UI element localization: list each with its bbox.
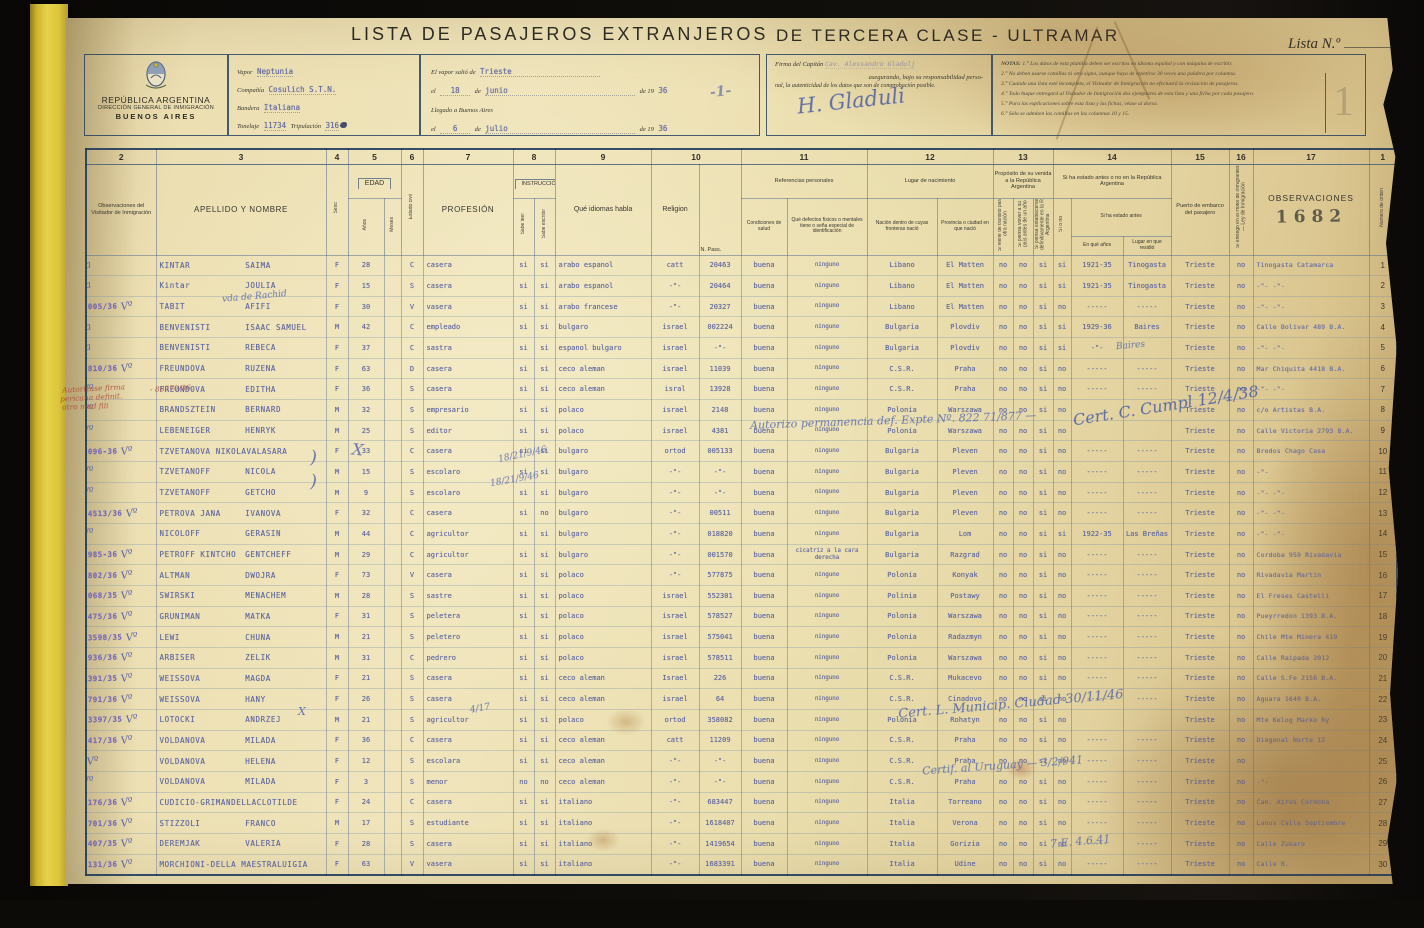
- cell-sabe-leer: si: [513, 586, 534, 607]
- cell-defectos: ninguno: [787, 792, 867, 813]
- cell-n-pass: 1618407: [699, 813, 741, 834]
- margin-stamp: 73407/35: [86, 839, 117, 849]
- cell-n-pass: 002224: [699, 317, 741, 338]
- cell-nacion: Polonia: [867, 420, 937, 441]
- el-label: el: [431, 88, 436, 95]
- cell-visitador: 73802/36Vº: [86, 565, 156, 586]
- cell-estado-civil: S: [401, 813, 423, 834]
- apellido: VOLDANOVA: [160, 736, 246, 745]
- firma-label: Firma del Capitán: [775, 61, 823, 68]
- cell-si-o-no: no: [1053, 813, 1071, 834]
- cell-nacion: C.S.R.: [867, 771, 937, 792]
- cell-puerto: Trieste: [1171, 524, 1229, 545]
- table-row: 71391/35VºWEISSOVAMAGDAF21Scaserasisicec…: [86, 668, 1397, 689]
- cell-sabe-escribir: si: [534, 606, 555, 627]
- cell-salud: buena: [741, 503, 787, 524]
- cell-sabe-escribir: si: [534, 276, 555, 297]
- cell-idiomas: arabo espanol: [555, 276, 651, 297]
- cell-en-anios: -----: [1071, 813, 1123, 834]
- cell-n-pass: -"-: [699, 338, 741, 359]
- cell-lugar-residio: [1123, 709, 1171, 730]
- cell-lugar-residio: -----: [1123, 379, 1171, 400]
- cell-defectos: ninguno: [787, 420, 867, 441]
- cell-transito: no: [993, 358, 1013, 379]
- cell-estado-civil: S: [401, 379, 423, 400]
- cell-salud: buena: [741, 400, 787, 421]
- nota-6: 6.° Sólo se admiten las comillas en las …: [1001, 109, 1321, 119]
- cell-num: 25: [1369, 751, 1397, 772]
- cell-profesion: empresario: [423, 400, 513, 421]
- cell-volver: no: [1013, 668, 1033, 689]
- cell-entrego: no: [1229, 771, 1253, 792]
- cell-apellido-nombre: VOLDANOVAMILADA: [156, 730, 326, 751]
- bandera-label: Bandera: [237, 105, 259, 112]
- cell-n-pass: -"-: [699, 771, 741, 792]
- cell-puerto: Trieste: [1171, 565, 1229, 586]
- cell-nacion: Polonia: [867, 709, 937, 730]
- cell-nacion: C.S.R.: [867, 730, 937, 751]
- agency-direction: DIRECCIÓN GENERAL DE INMIGRACIÓN: [85, 105, 227, 111]
- header-visitador: Observaciones del Visitador de Inmigraci…: [86, 164, 156, 255]
- cell-religion: -"-: [651, 544, 699, 565]
- cell-volver: no: [1013, 647, 1033, 668]
- cell-salud: buena: [741, 606, 787, 627]
- nombre: GERASIN: [245, 529, 281, 538]
- table-row: laKINTARSAIMAF28Ccaserasisiarabo espanol…: [86, 255, 1397, 276]
- bandera-value: Italiana: [264, 103, 300, 113]
- cell-provincia: Warszawa: [937, 647, 993, 668]
- cell-transito: no: [993, 379, 1013, 400]
- cell-transito: no: [993, 647, 1013, 668]
- cell-defectos: ninguno: [787, 771, 867, 792]
- cell-idiomas: italiano: [555, 792, 651, 813]
- cell-en-anios: -----: [1071, 586, 1123, 607]
- cell-en-anios: -----: [1071, 462, 1123, 483]
- cell-volver: no: [1013, 338, 1033, 359]
- cell-observaciones: -"- -"-: [1253, 379, 1369, 400]
- cell-religion: -"-: [651, 771, 699, 792]
- cell-visitador: 78810/36Vº: [86, 358, 156, 379]
- cell-nacion: C.S.R.: [867, 668, 937, 689]
- cell-visitador: Vº: [86, 771, 156, 792]
- cell-sexo: M: [326, 709, 348, 730]
- corner-number: 1: [1326, 73, 1361, 131]
- cell-visitador: 73407/35Vº: [86, 833, 156, 854]
- cell-volver: no: [1013, 751, 1033, 772]
- cell-estado-civil: V: [401, 854, 423, 875]
- cell-transito: no: [993, 441, 1013, 462]
- cell-nacion: Bulgaria: [867, 317, 937, 338]
- ship-info-box: Vapor Neptunia Compañía Cosulich S.T.N. …: [228, 54, 420, 136]
- cell-transito: no: [993, 586, 1013, 607]
- cell-sabe-escribir: si: [534, 296, 555, 317]
- cell-idiomas: polaco: [555, 400, 651, 421]
- cell-defectos: ninguno: [787, 854, 867, 875]
- cell-si-o-no: no: [1053, 462, 1071, 483]
- cell-provincia: Warszawa: [937, 606, 993, 627]
- cell-profesion: agricultor: [423, 524, 513, 545]
- cell-idiomas: polaco: [555, 565, 651, 586]
- cell-transito: no: [993, 833, 1013, 854]
- cell-nacion: Polonia: [867, 647, 937, 668]
- cell-religion: israel: [651, 400, 699, 421]
- cell-si-o-no: si: [1053, 338, 1071, 359]
- apellido: VOLDANOVA: [160, 757, 246, 766]
- col-num-15: 15: [1171, 149, 1229, 164]
- cell-anios: 28: [348, 255, 384, 276]
- nombre: SAIMA: [245, 261, 271, 270]
- cell-lugar-residio: -----: [1123, 771, 1171, 792]
- cell-lugar-residio: -----: [1123, 730, 1171, 751]
- cell-sabe-escribir: si: [534, 586, 555, 607]
- apellido: VOLDANOVA: [160, 777, 246, 786]
- cell-anios: 15: [348, 276, 384, 297]
- cell-salud: buena: [741, 751, 787, 772]
- cell-puerto: Trieste: [1171, 544, 1229, 565]
- cell-idiomas: polaco: [555, 586, 651, 607]
- cell-sabe-leer: si: [513, 276, 534, 297]
- cell-puerto: Trieste: [1171, 296, 1229, 317]
- nombre: EDITHA: [245, 385, 276, 394]
- cell-puerto: Trieste: [1171, 255, 1229, 276]
- cell-puerto: Trieste: [1171, 276, 1229, 297]
- margin-stamp: 75475/36: [86, 612, 117, 622]
- agency-name: REPÚBLICA ARGENTINA: [85, 95, 227, 105]
- cell-n-pass: 20327: [699, 296, 741, 317]
- table-row: VºNICOLOFFGERASINM44Cagricultorsisibulga…: [86, 524, 1397, 545]
- cell-profesion: menor: [423, 771, 513, 792]
- cell-salud: buena: [741, 668, 787, 689]
- col-num-3: 3: [156, 149, 326, 164]
- cell-salud: buena: [741, 420, 787, 441]
- cell-entrego: no: [1229, 524, 1253, 545]
- cell-religion: ortod: [651, 709, 699, 730]
- cell-apellido-nombre: MORCHIONI-DELLA MAESTRALUIGIA: [156, 854, 326, 875]
- cell-profesion: sastra: [423, 338, 513, 359]
- cell-idiomas: ceco aleman: [555, 689, 651, 710]
- cell-volver: no: [1013, 709, 1033, 730]
- cell-observaciones: Bredos Chago Casa: [1253, 441, 1369, 462]
- nombre: FRANCO: [245, 819, 276, 828]
- cell-puerto: Trieste: [1171, 503, 1229, 524]
- cell-observaciones: -"- -"-: [1253, 524, 1369, 545]
- captain-line2: asegurando, bajo su responsabilidad pers…: [775, 74, 983, 81]
- cell-religion: israel: [651, 338, 699, 359]
- cell-entrego: no: [1229, 730, 1253, 751]
- visitador-check-mark: Vº: [86, 755, 100, 768]
- llegada-label: Llegado a Buenos Aires: [431, 107, 493, 114]
- tripulacion-value: 316: [325, 121, 339, 131]
- cell-estado-civil: C: [401, 338, 423, 359]
- cell-salud: buena: [741, 255, 787, 276]
- page-subtitle: DE TERCERA CLASE - ULTRAMAR: [776, 26, 1120, 46]
- cell-sexo: F: [326, 751, 348, 772]
- nombre: LASARA: [257, 447, 288, 456]
- cell-sexo: F: [326, 730, 348, 751]
- cell-si-o-no: no: [1053, 400, 1071, 421]
- cell-sexo: F: [326, 565, 348, 586]
- cell-establecerse: si: [1033, 854, 1053, 875]
- cell-anios: 31: [348, 647, 384, 668]
- cell-provincia: Razgrad: [937, 544, 993, 565]
- cell-n-pass: 00511: [699, 503, 741, 524]
- cell-lugar-residio: [1123, 338, 1171, 359]
- cell-visitador: Vº: [86, 462, 156, 483]
- header-provincia: Provincia o ciudad en que nació: [937, 198, 993, 255]
- compania-value: Cosulich S.T.N.: [269, 85, 337, 95]
- salio-dia: 18: [440, 86, 470, 96]
- cell-nacion: Polonia: [867, 627, 937, 648]
- cell-transito: no: [993, 565, 1013, 586]
- cell-n-pass: 1683391: [699, 854, 741, 875]
- cell-idiomas: polaco: [555, 627, 651, 648]
- cell-idiomas: bulgaro: [555, 524, 651, 545]
- cell-idiomas: bulgaro: [555, 503, 651, 524]
- cell-establecerse: si: [1033, 524, 1053, 545]
- cell-sabe-escribir: si: [534, 792, 555, 813]
- header-entrego-hotel: Si entregó en el Hotel de Inmigrantes — …: [1229, 164, 1253, 255]
- apellido: PETROVA JANA: [160, 509, 246, 518]
- cell-n-pass: -"-: [699, 462, 741, 483]
- header-referencias: Referencias personales: [741, 164, 867, 198]
- cell-profesion: casera: [423, 792, 513, 813]
- cell-meses: [384, 751, 401, 772]
- cell-en-anios: -----: [1071, 482, 1123, 503]
- cell-religion: -"-: [651, 833, 699, 854]
- cell-religion: -"-: [651, 565, 699, 586]
- cell-sexo: M: [326, 482, 348, 503]
- cell-meses: [384, 689, 401, 710]
- cell-volver: no: [1013, 317, 1033, 338]
- visitador-check-mark: Vº: [120, 734, 134, 747]
- margin-stamp: 73936/36: [86, 653, 117, 663]
- cell-sabe-escribir: si: [534, 379, 555, 400]
- cell-si-o-no: no: [1053, 854, 1071, 875]
- cell-profesion: escolara: [423, 751, 513, 772]
- cell-volver: no: [1013, 255, 1033, 276]
- cell-en-anios: -----: [1071, 751, 1123, 772]
- cell-anios: 33: [348, 441, 384, 462]
- header-lugar-residio: Lugar en que residió: [1123, 236, 1171, 255]
- margin-stamp: 73802/36: [86, 570, 117, 580]
- cell-puerto: Trieste: [1171, 751, 1229, 772]
- cell-sabe-leer: si: [513, 317, 534, 338]
- cell-nacion: Bulgaria: [867, 441, 937, 462]
- table-row: 123397/35VºLOTOCKIANDRZEJM21Sagricultors…: [86, 709, 1397, 730]
- apellido: KINTAR: [160, 261, 246, 270]
- col-num-1: 1: [1369, 149, 1397, 164]
- cell-apellido-nombre: BENVENISTIREBECA: [156, 338, 326, 359]
- table-row: 75475/36VºGRUNIMANMATKAF31Speleterasisip…: [86, 606, 1397, 627]
- agency-box: REPÚBLICA ARGENTINA DIRECCIÓN GENERAL DE…: [84, 54, 228, 136]
- cell-religion: -"-: [651, 503, 699, 524]
- cell-anios: 63: [348, 358, 384, 379]
- cell-anios: 37: [348, 338, 384, 359]
- cell-puerto: Trieste: [1171, 400, 1229, 421]
- cell-entrego: no: [1229, 503, 1253, 524]
- cell-establecerse: si: [1033, 255, 1053, 276]
- cell-provincia: Gorizia: [937, 833, 993, 854]
- cell-idiomas: polaco: [555, 606, 651, 627]
- cell-n-pass: 358082: [699, 709, 741, 730]
- nombre: MILADA: [245, 777, 276, 786]
- col-num-5: 5: [348, 149, 401, 164]
- cell-transito: no: [993, 482, 1013, 503]
- cell-observaciones: Chile Mte Minera 419: [1253, 627, 1369, 648]
- cell-observaciones: Calle Bolivar 489 B.A.: [1253, 317, 1369, 338]
- cell-sabe-leer: si: [513, 647, 534, 668]
- visitador-check-mark: la: [86, 342, 92, 354]
- cell-transito: no: [993, 524, 1013, 545]
- nombre: NICOLA: [245, 467, 276, 476]
- cell-puerto: Trieste: [1171, 420, 1229, 441]
- cell-puerto: Trieste: [1171, 379, 1229, 400]
- cell-visitador: Vº: [86, 524, 156, 545]
- visitador-check-mark: Vº: [120, 610, 134, 623]
- apellido: FREUNDOVA: [160, 364, 246, 373]
- cell-visitador: 123598/35Vº: [86, 627, 156, 648]
- cell-anios: 29: [348, 544, 384, 565]
- corner-number-box: 1: [1325, 73, 1361, 133]
- cell-apellido-nombre: ALTMANDWOJRA: [156, 565, 326, 586]
- cell-transito: no: [993, 317, 1013, 338]
- cell-puerto: Trieste: [1171, 813, 1229, 834]
- cell-n-pass: 2148: [699, 400, 741, 421]
- cell-sabe-leer: si: [513, 792, 534, 813]
- cell-volver: no: [1013, 462, 1033, 483]
- table-row: 72701/36VºSTIZZOLIFRANCOM17Sestudiantesi…: [86, 813, 1397, 834]
- apellido: WEISSOVA: [160, 674, 246, 683]
- cell-idiomas: bulgaro: [555, 441, 651, 462]
- cell-idiomas: ceco aleman: [555, 668, 651, 689]
- de19-label: de 19: [640, 88, 654, 95]
- cell-apellido-nombre: TABITAFIFI: [156, 296, 326, 317]
- cell-n-pass: -"-: [699, 482, 741, 503]
- cell-anios: 32: [348, 503, 384, 524]
- nombre: ISAAC SAMUEL: [245, 323, 306, 332]
- cell-apellido-nombre: BRANDSZTEINBERNARD: [156, 400, 326, 421]
- visitador-check-mark: Vº: [120, 548, 134, 561]
- col-num-17: 17: [1253, 149, 1369, 164]
- cell-apellido-nombre: DEREMJAKVALERIA: [156, 833, 326, 854]
- cell-sexo: M: [326, 420, 348, 441]
- cell-observaciones: Mar Chiquita 4418 B.A.: [1253, 358, 1369, 379]
- notes-box: NOTAS: 1.° Los datos de esta planilla de…: [992, 54, 1366, 136]
- cell-establecerse: si: [1033, 338, 1053, 359]
- cell-meses: [384, 358, 401, 379]
- cell-entrego: no: [1229, 255, 1253, 276]
- cell-meses: [384, 544, 401, 565]
- cell-nacion: Italia: [867, 854, 937, 875]
- cell-entrego: no: [1229, 606, 1253, 627]
- cell-nacion: Libano: [867, 255, 937, 276]
- table-row: 78810/36VºFREUNDOVARUZENAF63Dcaserasisic…: [86, 358, 1397, 379]
- cell-si-o-no: si: [1053, 317, 1071, 338]
- cell-estado-civil: C: [401, 730, 423, 751]
- cell-observaciones: -"- -"-: [1253, 296, 1369, 317]
- cell-sexo: F: [326, 854, 348, 875]
- lista-number-label: Lista N.º: [1288, 36, 1390, 53]
- cell-nacion: Libano: [867, 296, 937, 317]
- cell-defectos: ninguno: [787, 668, 867, 689]
- col-num-9: 9: [555, 149, 651, 164]
- cell-num: 4: [1369, 317, 1397, 338]
- cell-nacion: Libano: [867, 276, 937, 297]
- nombre: AFIFI: [245, 302, 271, 311]
- notas-label: NOTAS:: [1001, 61, 1021, 67]
- cell-provincia: Plovdiv: [937, 317, 993, 338]
- cell-religion: ortod: [651, 441, 699, 462]
- cell-lugar-residio: -----: [1123, 647, 1171, 668]
- nombre: REBECA: [245, 343, 276, 352]
- cell-salud: buena: [741, 792, 787, 813]
- el-label-2: el: [431, 126, 436, 133]
- agency-city: BUENOS AIRES: [85, 112, 227, 121]
- cell-si-o-no: no: [1053, 503, 1071, 524]
- header-apellido: APELLIDO Y NOMBRE: [156, 164, 326, 255]
- cell-apellido-nombre: CUDICIO-GRIMANDELLACLOTILDE: [156, 792, 326, 813]
- cell-en-anios: -----: [1071, 379, 1123, 400]
- margin-stamp: 124513/36: [86, 508, 122, 518]
- cell-visitador: la: [86, 276, 156, 297]
- cell-religion: israel: [651, 586, 699, 607]
- cell-salud: buena: [741, 854, 787, 875]
- nombre: HENRYK: [245, 426, 276, 435]
- col-num-11: 11: [741, 149, 867, 164]
- cell-visitador: Vº: [86, 482, 156, 503]
- cell-si-o-no: no: [1053, 751, 1071, 772]
- cell-defectos: ninguno: [787, 482, 867, 503]
- apellido: ARBISER: [160, 653, 246, 662]
- visitador-check-mark: Vº: [86, 465, 95, 478]
- cell-en-anios: [1071, 400, 1123, 421]
- cell-meses: [384, 462, 401, 483]
- cell-nacion: Bulgaria: [867, 503, 937, 524]
- cell-profesion: vasera: [423, 296, 513, 317]
- cell-si-o-no: no: [1053, 689, 1071, 710]
- cell-sabe-leer: si: [513, 709, 534, 730]
- cell-entrego: no: [1229, 544, 1253, 565]
- salio-puerto: Trieste: [480, 67, 600, 77]
- cell-sabe-leer: si: [513, 813, 534, 834]
- table-row: VºBRANDSZTEINBERNARDM32Sempresariosisipo…: [86, 400, 1397, 421]
- table-row: 73936/36VºARBISERZELIKM31Cpedrerosisipol…: [86, 647, 1397, 668]
- cell-observaciones: Calle Zubaro: [1253, 833, 1369, 854]
- cell-sabe-leer: si: [513, 420, 534, 441]
- tonelaje-label: Tonelaje: [237, 123, 259, 130]
- cell-salud: buena: [741, 771, 787, 792]
- cell-puerto: Trieste: [1171, 854, 1229, 875]
- apellido: BENVENISTI: [160, 323, 246, 332]
- voyage-box: El vapor salió de Trieste el 18 de junio…: [420, 54, 760, 136]
- cell-provincia: Praha: [937, 771, 993, 792]
- cell-en-anios: -----: [1071, 296, 1123, 317]
- header-lugar-nacimiento: Lugar de nacimiento: [867, 164, 993, 198]
- nombre: HANY: [245, 695, 265, 704]
- apellido: MORCHIONI-DELLA MAESTRA: [160, 860, 278, 869]
- cell-sexo: M: [326, 524, 348, 545]
- cell-transito: no: [993, 709, 1013, 730]
- cell-sabe-leer: si: [513, 462, 534, 483]
- cell-lugar-residio: -----: [1123, 606, 1171, 627]
- margin-stamp: 75791/36: [86, 694, 117, 704]
- cell-visitador: 73131/36Vº: [86, 854, 156, 875]
- cell-anios: 3: [348, 771, 384, 792]
- cell-nacion: Polinia: [867, 586, 937, 607]
- cell-sabe-leer: si: [513, 338, 534, 359]
- cell-anios: 30: [348, 296, 384, 317]
- cell-religion: israel: [651, 358, 699, 379]
